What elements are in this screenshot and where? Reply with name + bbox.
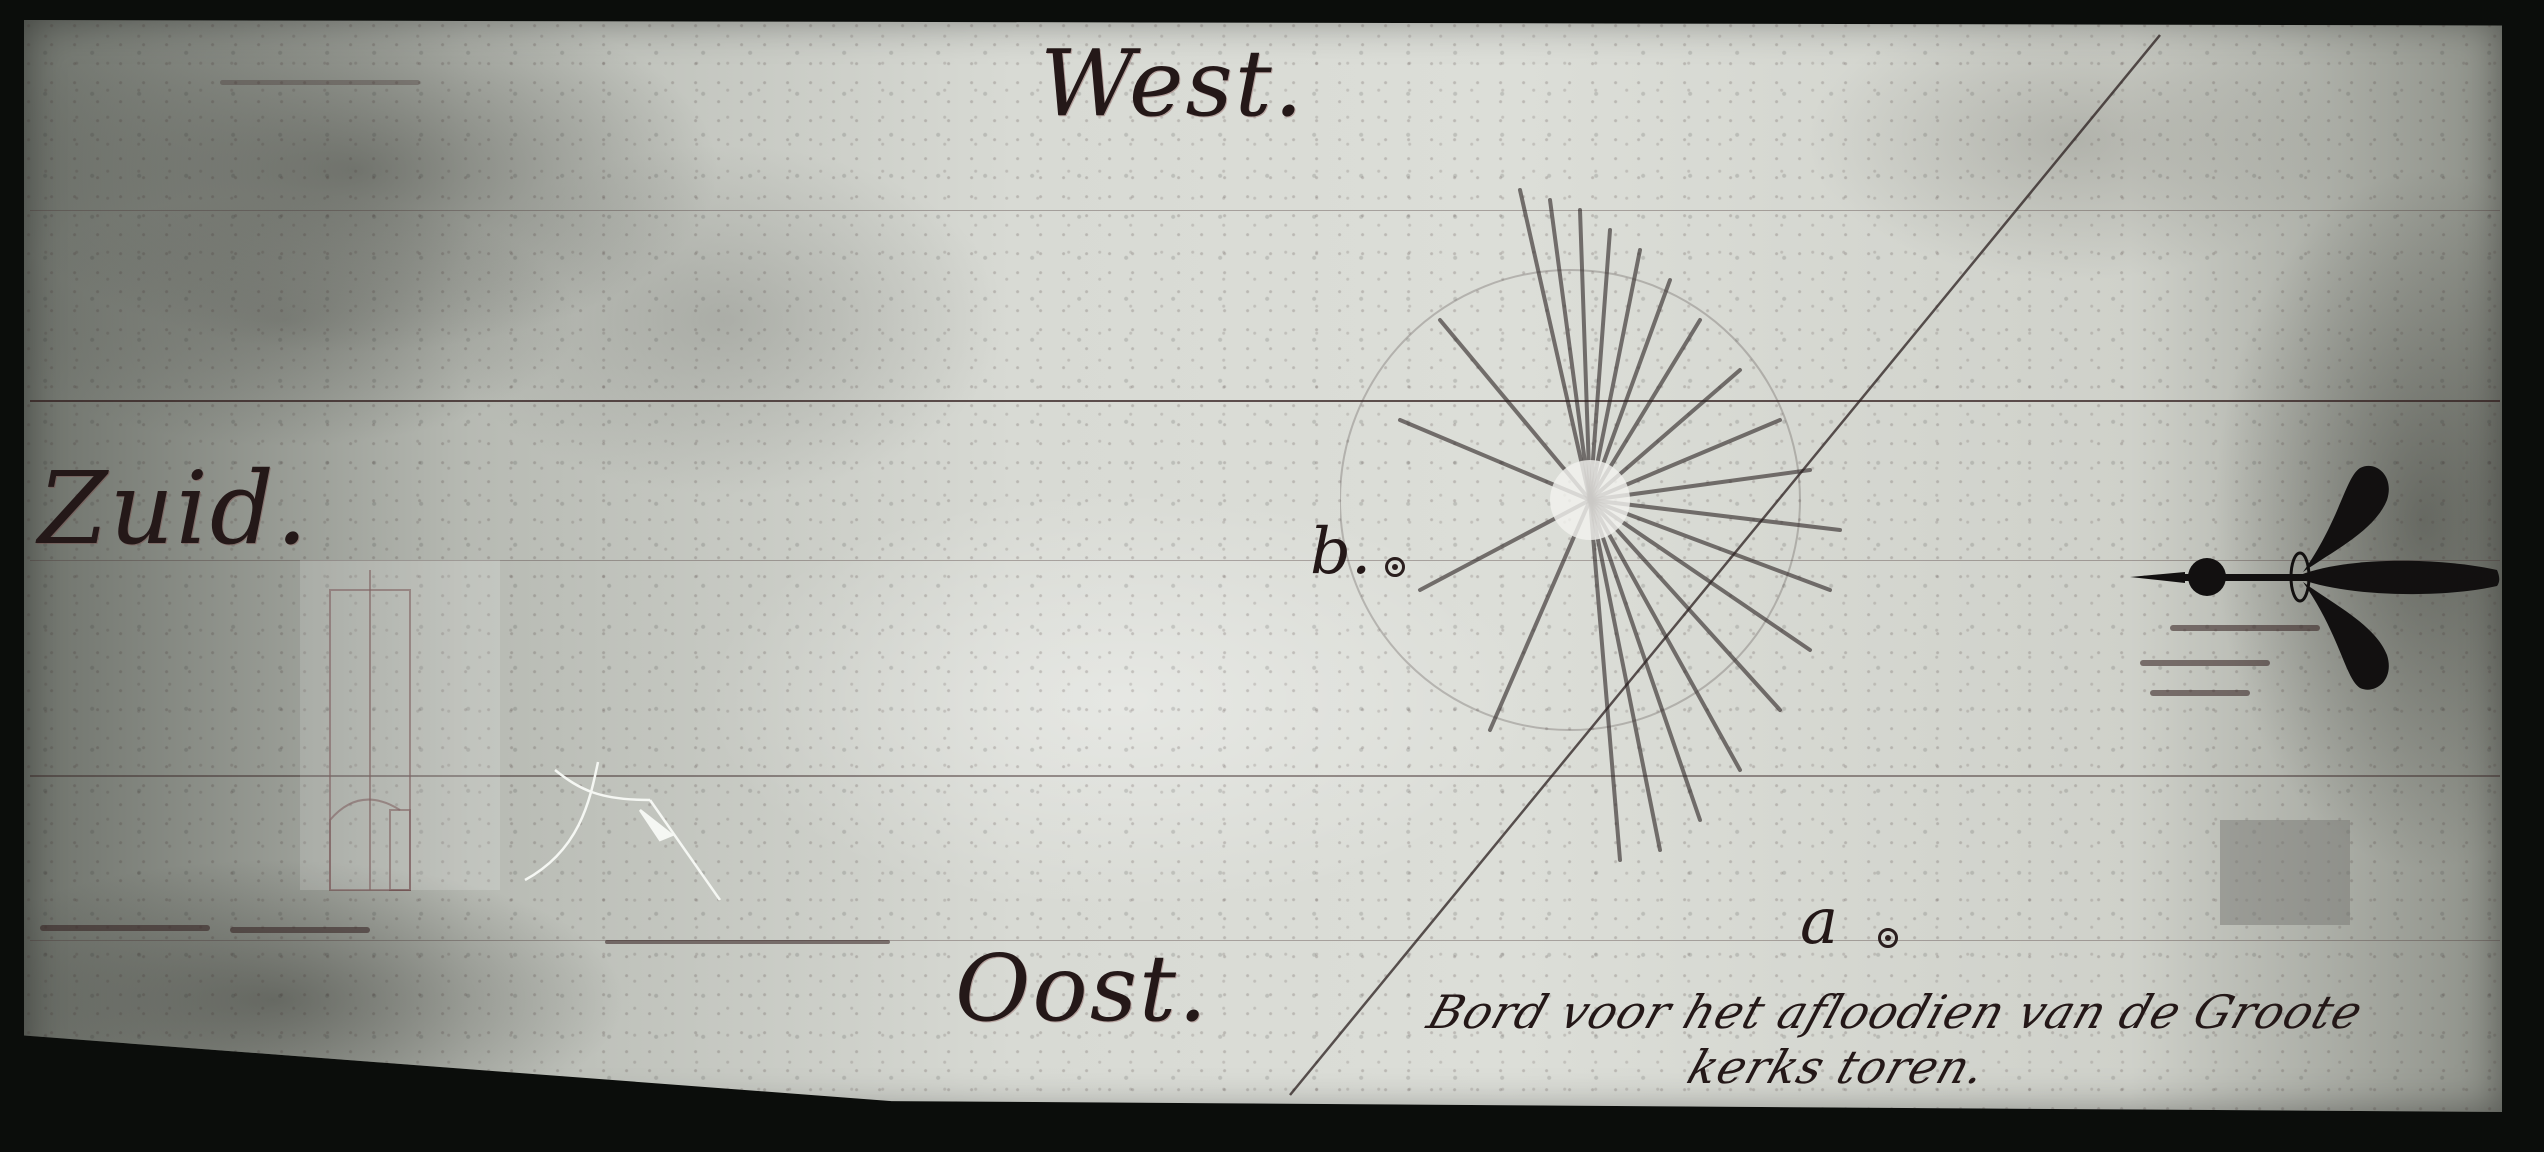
film-scratches <box>0 0 2544 1152</box>
